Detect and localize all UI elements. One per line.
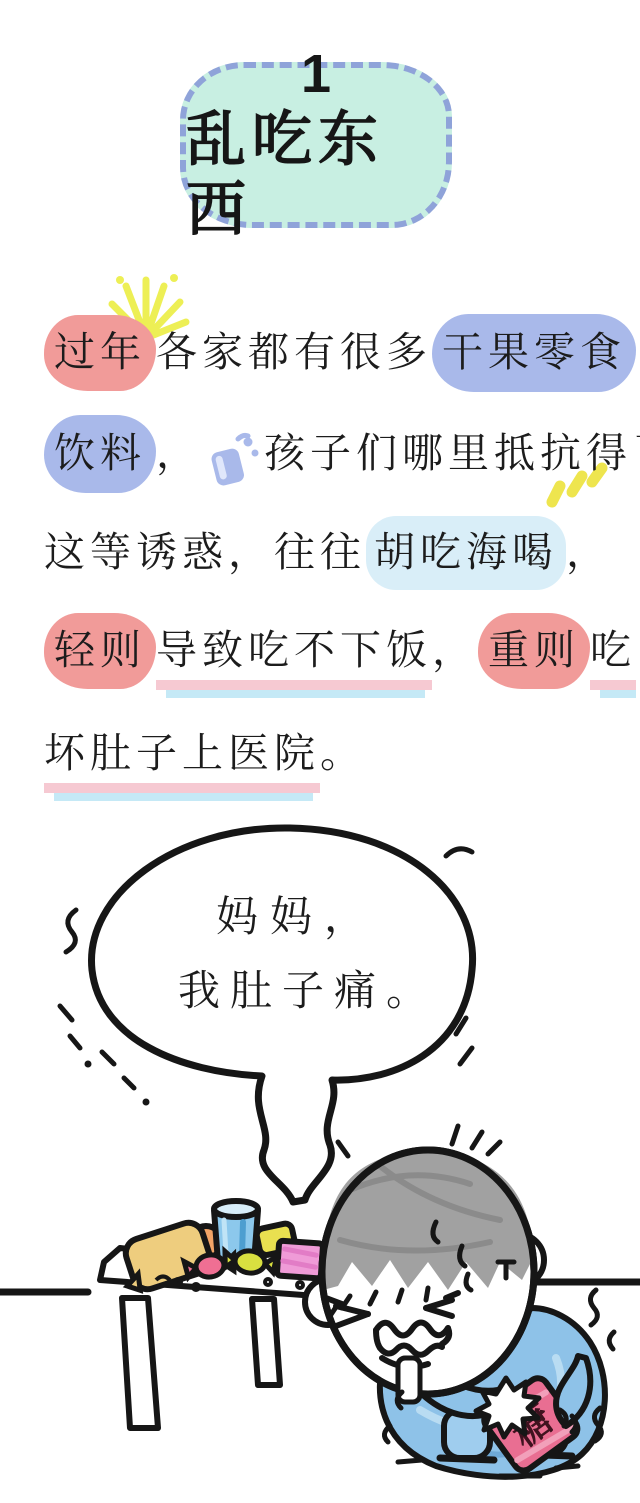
table-leg-rear [252,1299,280,1385]
text-run: ， [566,520,612,584]
section-badge: 1 乱吃东西 [180,62,452,228]
highlight-pink: 过年 [44,315,156,391]
underlined-text: 导致吃不下饭 [156,618,432,698]
highlight-blue: 饮料 [44,415,156,493]
section-number: 1 [301,45,331,103]
text-run: ， [156,421,202,485]
text-run: ， [432,618,478,682]
underlined-text: 吃 [590,618,636,698]
highlight-pink: 轻则 [44,613,156,689]
text-run: 各家都有很多 [156,320,432,384]
text-run: 。 [320,721,366,785]
sick-boy: 糖 [305,1126,614,1477]
text-run: 孩子们哪里抵抗得了 [264,421,640,485]
highlight-pink: 重则 [478,613,590,689]
text-line-4: 轻则导致吃不下饭，重则吃 [44,613,614,698]
highlight-blue: 干果零食 [432,314,636,392]
drink-cup-icon [204,432,260,494]
bubble-text-line1: 妈妈， [216,884,378,944]
text-line-3: 这等诱惑，往往胡吃海喝， [44,516,614,590]
text-line-1: 过年各家都有很多干果零食 [44,314,614,392]
table-leg-front [122,1298,158,1428]
text-run: 这等诱惑，往往 [44,520,366,584]
pink-box [277,1241,323,1279]
section-title: 乱吃东西 [186,105,446,245]
highlight-cyan: 胡吃海喝 [366,516,566,590]
text-line-5: 坏肚子上医院。 [44,721,614,801]
underlined-text: 坏肚子上医院 [44,721,320,801]
text-line-2: 饮料，孩子们哪里抵抗得了 [44,415,614,493]
bubble-text-line2: 我肚子痛。 [178,958,438,1018]
paragraph: 过年各家都有很多干果零食 饮料，孩子们哪里抵抗得了 这等诱惑，往往胡吃海喝， 轻… [44,314,614,824]
comic-page: 1 乱吃东西 过年各家都有很多干果零食 饮料，孩子们哪里抵抗得了 这等诱惑，往往… [0,0,640,1503]
